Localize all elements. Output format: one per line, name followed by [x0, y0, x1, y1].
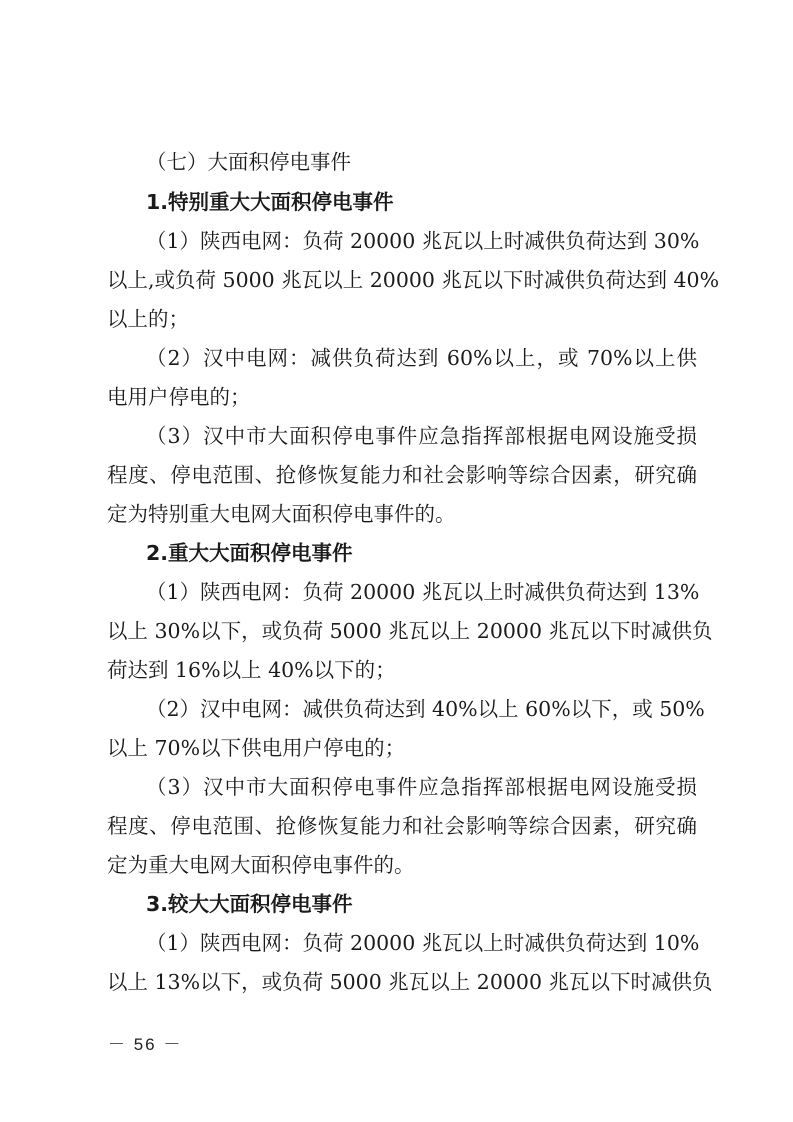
paragraph-line: （3）汉中市大面积停电事件应急指挥部根据电网设施受损 [146, 773, 697, 801]
paragraph-line: （2）汉中电网：减供负荷达到 40%以上 60%以下，或 50% [146, 695, 697, 723]
paragraph-line: （2）汉中电网：减供负荷达到 60%以上，或 70%以上供 [146, 344, 697, 372]
paragraph-line: （1）陕西电网：负荷 20000 兆瓦以上时减供负荷达到 10% [146, 929, 697, 957]
paragraph-line: 以上,或负荷 5000 兆瓦以上 20000 兆瓦以下时减供负荷达到 40% [107, 266, 697, 294]
subsection-heading-3: 3.较大大面积停电事件 [146, 890, 697, 918]
paragraph-line: 程度、停电范围、抢修恢复能力和社会影响等综合因素，研究确 [107, 812, 697, 840]
paragraph-line: 以上的； [107, 305, 697, 333]
paragraph-line: 电用户停电的； [107, 383, 697, 411]
paragraph-line: 以上 13%以下，或负荷 5000 兆瓦以上 20000 兆瓦以下时减供负 [107, 968, 697, 996]
paragraph-line: 以上 30%以下，或负荷 5000 兆瓦以上 20000 兆瓦以下时减供负 [107, 617, 697, 645]
section-title: （七）大面积停电事件 [146, 148, 697, 176]
subsection-heading-1: 1.特别重大大面积停电事件 [146, 188, 697, 216]
paragraph-line: （1）陕西电网：负荷 20000 兆瓦以上时减供负荷达到 13% [146, 578, 697, 606]
paragraph-line: 定为特别重大电网大面积停电事件的。 [107, 500, 697, 528]
paragraph-line: 荷达到 16%以上 40%以下的； [107, 656, 697, 684]
paragraph-line: （3）汉中市大面积停电事件应急指挥部根据电网设施受损 [146, 422, 697, 450]
paragraph-line: 以上 70%以下供电用户停电的； [107, 734, 697, 762]
paragraph-line: 定为重大电网大面积停电事件的。 [107, 851, 697, 879]
paragraph-line: （1）陕西电网：负荷 20000 兆瓦以上时减供负荷达到 30% [146, 227, 697, 255]
paragraph-line: 程度、停电范围、抢修恢复能力和社会影响等综合因素，研究确 [107, 461, 697, 489]
subsection-heading-2: 2.重大大面积停电事件 [146, 539, 697, 567]
page-number: － 56 － [108, 1030, 182, 1055]
